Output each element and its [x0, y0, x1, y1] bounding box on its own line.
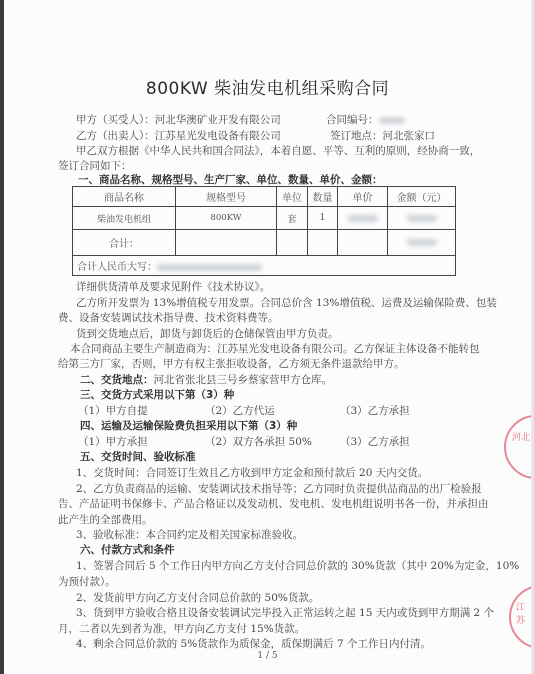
cell-total-label: 合计：: [73, 230, 176, 256]
section-3-option-1: （1）甲方自提: [78, 404, 148, 418]
goods-table: 商品名称 规格型号 单位 数量 单价 金额（元） 柴油发电机组 800KW 套 …: [72, 186, 456, 276]
para-maker-1: 本合同商品主要生产制造商为：江苏星光发电设备有限公司。乙方保证主体设备不能转包: [70, 342, 480, 356]
header-cell: 商品名称: [73, 187, 176, 207]
section-6-heading: 六、付款方式和条件: [80, 543, 175, 557]
para-unload: 货到交货地点后，卸货与卸货后的仓储保管由甲方负责。: [76, 327, 339, 341]
cell-total-amount: [388, 230, 456, 256]
cell-empty: [176, 230, 277, 256]
sign-place-line: 签订地点：河北张家口: [330, 129, 435, 143]
section-5-item-2-line-3: 此产生的全部费用。: [58, 513, 153, 527]
contract-no-redacted: [379, 117, 405, 124]
section-5-item-2-line-1: 2、乙方负责商品的运输、安装调试技术指导等；乙方同时负责提供品商品的出厂检验报: [76, 482, 482, 496]
header-cell: 单价: [338, 187, 388, 207]
party-b-name: 江苏星光发电设备有限公司: [155, 130, 281, 142]
cell-rmb: 合计人民币大写：: [73, 256, 456, 276]
section-3-option-2: （2）乙方代运: [205, 404, 275, 418]
para-invoice-2: 费、设备安装调试技术指导费、技术资料费等。: [58, 311, 279, 325]
section-6-item-4: 4、剩余合同总价款的 5%货款作为质保金，质保期满后 7 个工作日内付清。: [76, 637, 431, 651]
para-detail: 详细供货清单及要求见附件《技术协议》。: [76, 280, 270, 294]
party-a-line: 甲方（买受人）：河北华澳矿业开发有限公司: [76, 113, 281, 127]
section-4-heading: 四、运输及运输保险费负担采用以下第（3）种: [80, 419, 297, 433]
cell-amount: [388, 207, 456, 230]
para-maker-2: 给第三方厂家，否则，甲方有权主张拒收设备，乙方须无条件退款给甲方。: [58, 357, 405, 371]
party-b-label: 乙方（出卖人）：: [76, 130, 155, 142]
section-3-option-3: （3）乙方承担: [340, 404, 410, 418]
seal-stamp-upper-text: 河北: [512, 430, 530, 443]
section-6-item-2: 2、发货前甲方向乙方支付合同总价款的 50%货款。: [76, 591, 319, 605]
section-5-item-3: 3、验收标准：本合同约定及相关国家标准验收。: [76, 528, 303, 542]
intro-line-1: 甲乙双方根据《中华人民共和国合同法》，本着自愿、平等、互利的原则，经协商一致，: [76, 144, 480, 158]
section-2-value: 河北省张北县三号乡蔡家营甲方仓库。: [154, 374, 333, 386]
sign-place-label: 签订地点：: [330, 130, 383, 142]
party-b-line: 乙方（出卖人）：江苏星光发电设备有限公司: [76, 129, 281, 143]
table-total-row: 合计：: [73, 230, 456, 256]
section-6-item-3-line-2: 月，二者以先到者为准，甲方向乙方支付 15%货款。: [58, 622, 305, 636]
section-4-option-3: （3）乙方承担: [340, 435, 410, 449]
cell-empty: [277, 230, 308, 256]
section-4-option-1: （1）甲方承担: [78, 435, 148, 449]
para-invoice-1: 乙方所开发票为 13%增值税专用发票。合同总价含 13%增值税、运费及运输保险费…: [76, 296, 497, 310]
section-4-option-2: （2）双方各承担 50%: [205, 435, 312, 449]
section-6-item-1-line-1: 1、签署合同后 5 个工作日内甲方向乙方支付合同总价款的 30%货款（其中 20…: [76, 559, 519, 573]
party-a-name: 河北华澳矿业开发有限公司: [155, 114, 281, 126]
section-6-item-3-line-1: 3、货到甲方验收合格且设备安装调试完毕投入正常运转之起 15 天内或货到甲方期满…: [76, 606, 494, 620]
party-a-label: 甲方（买受人）：: [76, 114, 155, 126]
section-5-item-1: 1、交货时间：合同签订生效且乙方收到甲方定金和预付款后 20 天内交货。: [76, 466, 428, 480]
document-title: 800KW 柴油发电机组采购合同: [4, 74, 531, 99]
header-cell: 规格型号: [176, 187, 277, 207]
unit-price-redacted: [348, 215, 378, 222]
page-number: 1 / 5: [4, 651, 531, 661]
table-row: 柴油发电机组 800KW 套 1: [73, 207, 456, 230]
contract-no-line: 合同编号：: [326, 113, 405, 127]
contract-no-label: 合同编号：: [326, 114, 379, 126]
section-5-item-2-line-2: 告、产品证明书保修卡、产品合格证以及发动机、发电机、发电机组说明书各一份，并承担…: [58, 497, 489, 511]
section-6-item-1-line-2: 为预付款）。: [58, 575, 116, 589]
cell-spec: 800KW: [176, 207, 277, 230]
sign-place-value: 河北张家口: [383, 130, 436, 142]
cell-empty: [338, 230, 388, 256]
cell-empty: [308, 230, 338, 256]
intro-line-2: 签订合同如下：: [58, 159, 132, 173]
seal-stamp-lower-text: 江苏: [516, 600, 531, 626]
amount-redacted: [407, 215, 437, 222]
rmb-redacted: [157, 264, 262, 271]
section-5-heading: 五、交货时间、验收标准: [80, 450, 196, 464]
table-rmb-row: 合计人民币大写：: [73, 256, 456, 276]
seal-stamp-upper: [504, 415, 534, 479]
section-1-heading: 一、商品名称、规格型号、生产厂家、单位、数量、单价、金额：: [78, 173, 383, 187]
section-2: 二、交货地点：河北省张北县三号乡蔡家营甲方仓库。: [80, 373, 332, 387]
header-cell: 金额（元）: [388, 187, 456, 207]
total-amount-redacted: [407, 239, 437, 246]
contract-page: 800KW 柴油发电机组采购合同 甲方（买受人）：河北华澳矿业开发有限公司 合同…: [4, 0, 531, 674]
cell-product-name: 柴油发电机组: [73, 207, 176, 230]
header-cell: 数量: [308, 187, 338, 207]
cell-quantity: 1: [308, 207, 338, 230]
section-2-heading: 二、交货地点：: [80, 374, 154, 386]
cell-unit-price: [338, 207, 388, 230]
rmb-label: 合计人民币大写：: [77, 262, 157, 273]
cell-unit: 套: [277, 207, 308, 230]
header-cell: 单位: [277, 187, 308, 207]
table-header-row: 商品名称 规格型号 单位 数量 单价 金额（元）: [73, 187, 456, 207]
section-3-heading: 三、交货方式采用以下第（3）种: [80, 388, 234, 402]
